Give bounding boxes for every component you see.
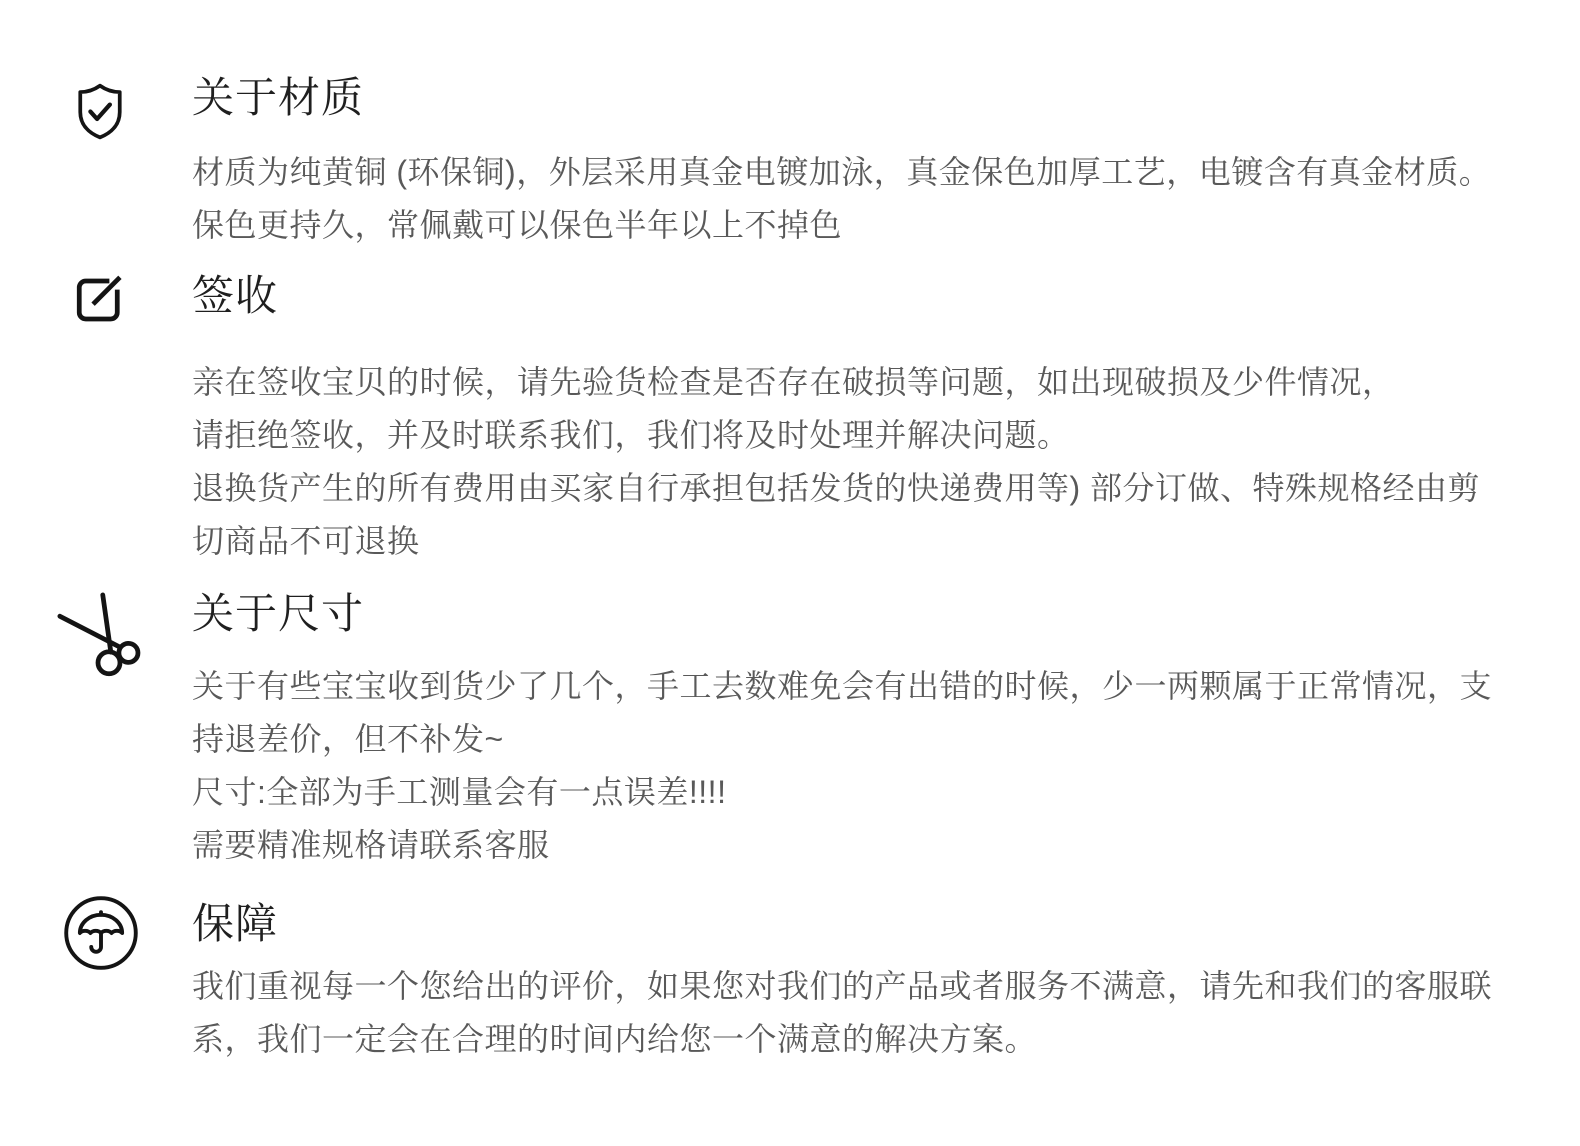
- section-paragraph: 尺寸:全部为手工测量会有一点误差!!!!: [192, 766, 1492, 819]
- section-guarantee: 保障 我们重视每一个您给出的评价，如果您对我们的产品或者服务不满意，请先和我们的…: [62, 896, 1510, 1066]
- scissors-icon: [54, 586, 142, 686]
- section-size: 关于尺寸 关于有些宝宝收到货少了几个，手工去数难免会有出错的时候，少一两颗属于正…: [62, 586, 1510, 872]
- product-description-page: 关于材质 材质为纯黄铜 (环保铜)，外层采用真金电镀加泳，真金保色加厚工艺，电镀…: [0, 0, 1580, 1146]
- section-material-content: 关于材质 材质为纯黄铜 (环保铜)，外层采用真金电镀加泳，真金保色加厚工艺，电镀…: [192, 70, 1492, 252]
- section-paragraph: 退换货产生的所有费用由买家自行承担包括发货的快递费用等) 部分订做、特殊规格经由…: [192, 462, 1492, 568]
- section-title: 关于材质: [192, 70, 1492, 126]
- shield-check-icon: [68, 74, 132, 148]
- section-guarantee-content: 保障 我们重视每一个您给出的评价，如果您对我们的产品或者服务不满意，请先和我们的…: [192, 896, 1492, 1066]
- section-title: 签收: [192, 268, 1492, 324]
- section-size-icon-col: [62, 586, 192, 686]
- section-material-icon-col: [62, 70, 192, 148]
- section-paragraph: 材质为纯黄铜 (环保铜)，外层采用真金电镀加泳，真金保色加厚工艺，电镀含有真金材…: [192, 146, 1492, 252]
- section-title: 关于尺寸: [192, 586, 1492, 642]
- section-sign-for-receipt: 签收 亲在签收宝贝的时候，请先验货检查是否存在破损等问题，如出现破损及少件情况，…: [62, 268, 1510, 568]
- section-sign-icon-col: [62, 268, 192, 330]
- section-material: 关于材质 材质为纯黄铜 (环保铜)，外层采用真金电镀加泳，真金保色加厚工艺，电镀…: [62, 70, 1510, 252]
- section-title: 保障: [192, 896, 1492, 952]
- section-size-content: 关于尺寸 关于有些宝宝收到货少了几个，手工去数难免会有出错的时候，少一两颗属于正…: [192, 586, 1492, 872]
- umbrella-icon: [62, 892, 140, 974]
- section-guarantee-icon-col: [62, 896, 192, 974]
- section-paragraph: 亲在签收宝贝的时候，请先验货检查是否存在破损等问题，如出现破损及少件情况，: [192, 356, 1492, 409]
- section-paragraph: 我们重视每一个您给出的评价，如果您对我们的产品或者服务不满意，请先和我们的客服联…: [192, 960, 1492, 1066]
- section-paragraph: 需要精准规格请联系客服: [192, 819, 1492, 872]
- section-paragraph: 请拒绝签收，并及时联系我们，我们将及时处理并解决问题。: [192, 409, 1492, 462]
- edit-icon: [68, 270, 128, 330]
- section-paragraph: 关于有些宝宝收到货少了几个，手工去数难免会有出错的时候，少一两颗属于正常情况，支…: [192, 660, 1492, 766]
- section-sign-content: 签收 亲在签收宝贝的时候，请先验货检查是否存在破损等问题，如出现破损及少件情况，…: [192, 268, 1492, 568]
